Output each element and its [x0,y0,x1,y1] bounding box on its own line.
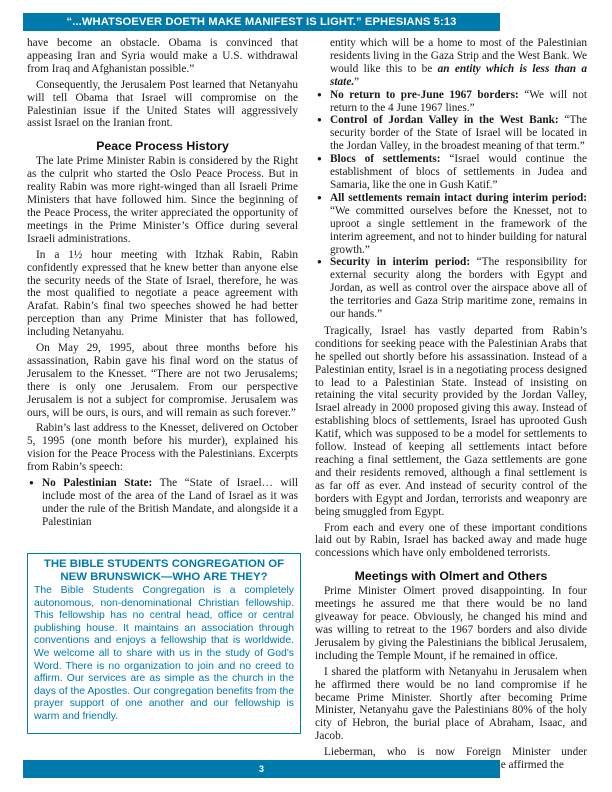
bullet-item: No return to pre-June 1967 borders: “We … [315,89,587,115]
bullet-label: No return to pre-June 1967 borders: [330,89,519,101]
section-heading-peace-process: Peace Process History [27,139,298,153]
paragraph: In a 1½ hour meeting with Itzhak Rabin, … [27,249,298,339]
paragraph: Rabin’s last address to the Knesset, del… [27,422,298,474]
info-box-title-line2: NEW BRUNSWICK—WHO ARE THEY? [60,571,267,583]
paragraph: The late Prime Minister Rabin is conside… [27,155,298,245]
footer-page-number-bar: 3 [23,760,500,778]
page-number: 3 [259,764,264,774]
paragraph: From each and every one of these importa… [315,522,587,561]
info-box-congregation: THE BIBLE STUDENTS CONGREGATION OF NEW B… [27,553,301,734]
info-box-title-line1: THE BIBLE STUDENTS CONGREGATION OF [44,558,284,570]
bullet-item: Control of Jordan Valley in the West Ban… [315,114,587,153]
bullet-item: Blocs of settlements: “Israel would cont… [315,153,587,192]
bullet-label: Blocs of settlements: [330,153,441,165]
paragraph: Tragically, Israel has vastly departed f… [315,325,587,519]
paragraph: I shared the platform with Netanyahu in … [315,666,587,743]
continuation-end: ” [354,76,359,88]
section-heading-meetings: Meetings with Olmert and Others [315,569,587,583]
header-banner: “...WHATSOEVER DOETH MAKE MANIFEST IS LI… [23,13,500,31]
paragraph: On May 29, 1995, about three months befo… [27,342,298,419]
bullet-item: All settlements remain intact during int… [315,192,587,257]
left-column: have become an obstacle. Obama is convin… [27,37,298,533]
bullet-list: No return to pre-June 1967 borders: “We … [315,89,587,321]
bullet-label: Security in interim period: [330,256,470,268]
bullet-item: Security in interim period: “The respons… [315,256,587,321]
paragraph: have become an obstacle. Obama is convin… [27,37,298,76]
bullet-list: No Palestinian State: The “State of Isra… [27,477,298,529]
bullet-label: No Palestinian State: [42,477,152,489]
paragraph-continuation: entity which will be a home to most of t… [315,37,587,89]
bullet-text: “We committed ourselves before the Kness… [330,205,587,256]
bullet-label: All settlements remain intact during int… [330,192,587,204]
paragraph: Prime Minister Olmert proved disappointi… [315,585,587,662]
info-box-body: The Bible Students Congregation is a com… [34,585,294,724]
bullet-item: No Palestinian State: The “State of Isra… [27,477,298,529]
paragraph: Consequently, the Jerusalem Post learned… [27,79,298,131]
bullet-label: Control of Jordan Valley in the West Ban… [330,114,559,126]
info-box-title: THE BIBLE STUDENTS CONGREGATION OF NEW B… [34,558,294,584]
right-column: entity which will be a home to most of t… [315,37,587,775]
